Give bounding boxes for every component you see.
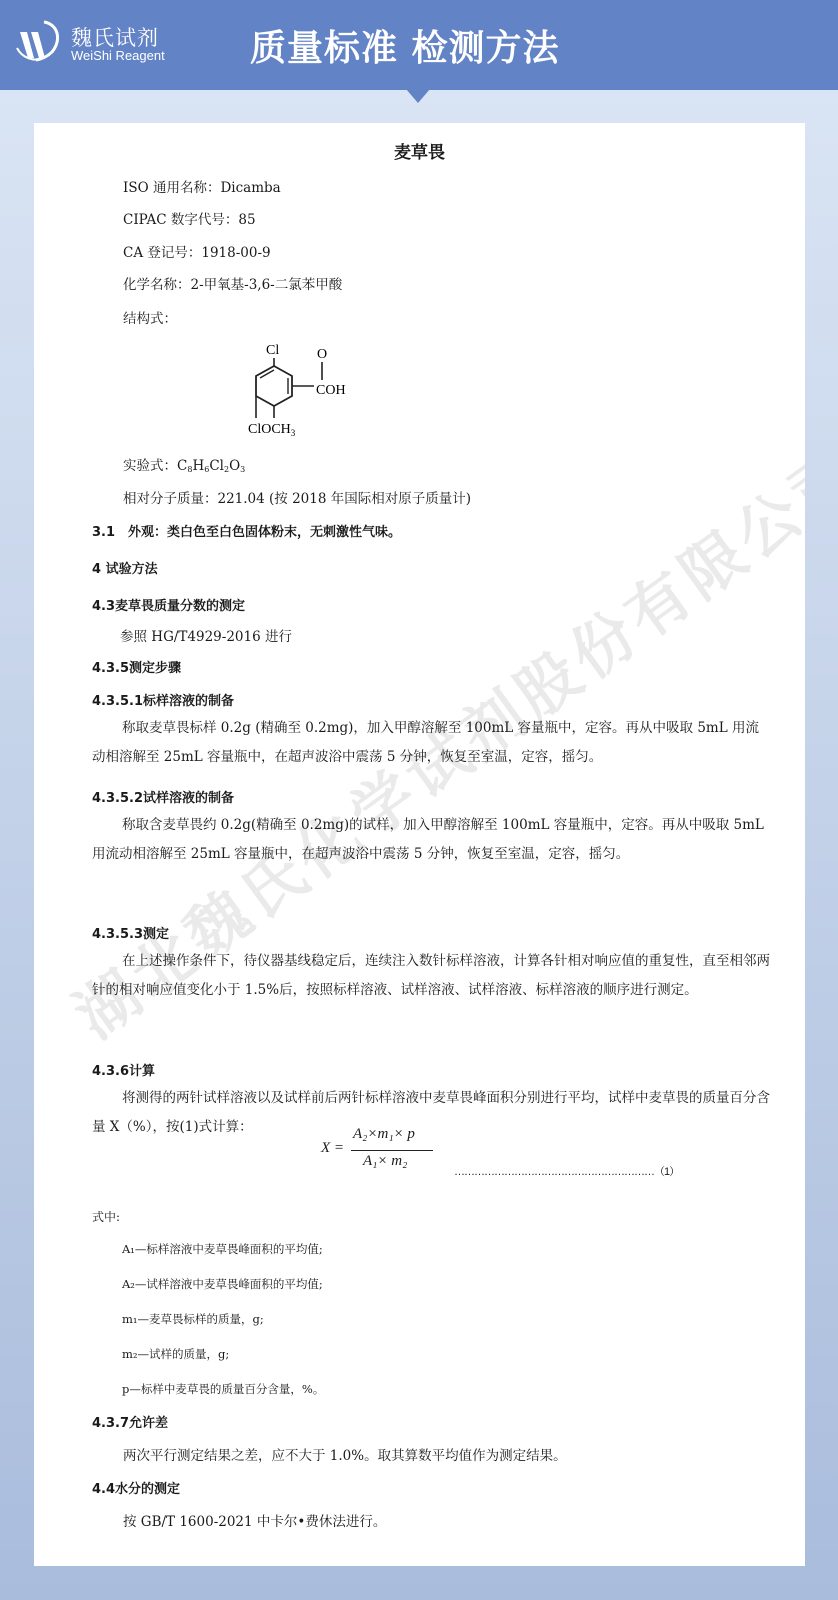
legend-m1: m₁—麦草畏标样的质量，g; bbox=[122, 1311, 264, 1327]
legend-a1: A₁—标样溶液中麦草畏峰面积的平均值; bbox=[122, 1241, 323, 1257]
document-title: 麦草畏 bbox=[34, 138, 805, 163]
calculation-formula: X = A₂×m₁× p A₁× m₂ bbox=[321, 1126, 471, 1176]
legend-a2: A₂—试样溶液中麦草畏峰面积的平均值; bbox=[122, 1276, 323, 1292]
document-card: 湖北魏氏化学试剂股份有限公司 麦草畏 ISO 通用名称：Dicamba CIPA… bbox=[34, 123, 805, 1566]
brand-logo: 魏氏试剂 WeiShi Reagent bbox=[14, 18, 184, 68]
section-4-3-5-2-heading: 4.3.5.2试样溶液的制备 bbox=[92, 787, 234, 806]
weishi-logo-icon bbox=[14, 18, 64, 68]
section-4-3-reference: 参照 HG/T4929-2016 进行 bbox=[120, 625, 292, 645]
svg-text:Cl: Cl bbox=[266, 343, 279, 358]
where-label: 式中: bbox=[92, 1208, 120, 1225]
legend-m2: m₂—试样的质量，g; bbox=[122, 1346, 229, 1362]
iso-name: ISO 通用名称：Dicamba bbox=[123, 176, 281, 196]
svg-text:ClOCH3: ClOCH3 bbox=[248, 422, 296, 438]
chemical-name: 化学名称：2-甲氧基-3,6-二氯苯甲酸 bbox=[123, 273, 342, 293]
header-pointer-icon bbox=[406, 89, 430, 103]
logo-english-text: WeiShi Reagent bbox=[71, 48, 165, 63]
empirical-formula: 实验式：C8H6Cl2O3 bbox=[123, 454, 245, 474]
molecular-weight: 相对分子质量：221.04 (按 2018 年国际相对原子质量计) bbox=[123, 487, 471, 507]
section-4-4-text: 按 GB/T 1600-2021 中卡尔•费休法进行。 bbox=[123, 1510, 386, 1530]
structure-label: 结构式： bbox=[123, 307, 177, 327]
legend-p: p—标样中麦草畏的质量百分含量，%。 bbox=[122, 1381, 324, 1397]
section-4-3-5-3-text: 在上述操作条件下，待仪器基线稳定后，连续注入数针标样溶液，计算各针相对响应值的重… bbox=[92, 947, 772, 1005]
svg-text:O: O bbox=[317, 347, 327, 362]
section-4-3-7-text: 两次平行测定结果之差，应不大于 1.0%。取其算数平均值作为测定结果。 bbox=[123, 1444, 567, 1464]
svg-text:COH: COH bbox=[316, 383, 346, 398]
page-header: 魏氏试剂 WeiShi Reagent 质量标准 检测方法 bbox=[0, 0, 838, 90]
section-4-3-5-2-text: 称取含麦草畏约 0.2g(精确至 0.2mg)的试样，加入甲醇溶解至 100mL… bbox=[92, 811, 772, 869]
ca-number: CA 登记号：1918-00-9 bbox=[123, 241, 271, 261]
section-4-3-5-heading: 4.3.5测定步骤 bbox=[92, 657, 181, 676]
section-4-3-6-heading: 4.3.6计算 bbox=[92, 1060, 155, 1079]
section-3-1-appearance: 3.1 外观：类白色至白色固体粉末，无刺激性气味。 bbox=[92, 521, 401, 540]
chemical-structure-diagram: Cl O COH ClOCH3 bbox=[224, 338, 354, 438]
section-4-3-5-1-heading: 4.3.5.1标样溶液的制备 bbox=[92, 690, 234, 709]
section-4-3-5-3-heading: 4.3.5.3测定 bbox=[92, 923, 169, 942]
section-4-3-heading: 4.3麦草畏质量分数的测定 bbox=[92, 595, 245, 614]
section-4-heading: 4 试验方法 bbox=[92, 558, 158, 577]
formula-number: ……………………………………………………（1） bbox=[454, 1163, 679, 1179]
section-4-3-5-1-text: 称取麦草畏标样 0.2g (精确至 0.2mg)，加入甲醇溶解至 100mL 容… bbox=[92, 714, 772, 772]
cipac-code: CIPAC 数字代号：85 bbox=[123, 208, 256, 228]
section-4-4-heading: 4.4水分的测定 bbox=[92, 1478, 180, 1497]
section-4-3-7-heading: 4.3.7允许差 bbox=[92, 1412, 168, 1431]
page-title: 质量标准 检测方法 bbox=[250, 20, 560, 71]
